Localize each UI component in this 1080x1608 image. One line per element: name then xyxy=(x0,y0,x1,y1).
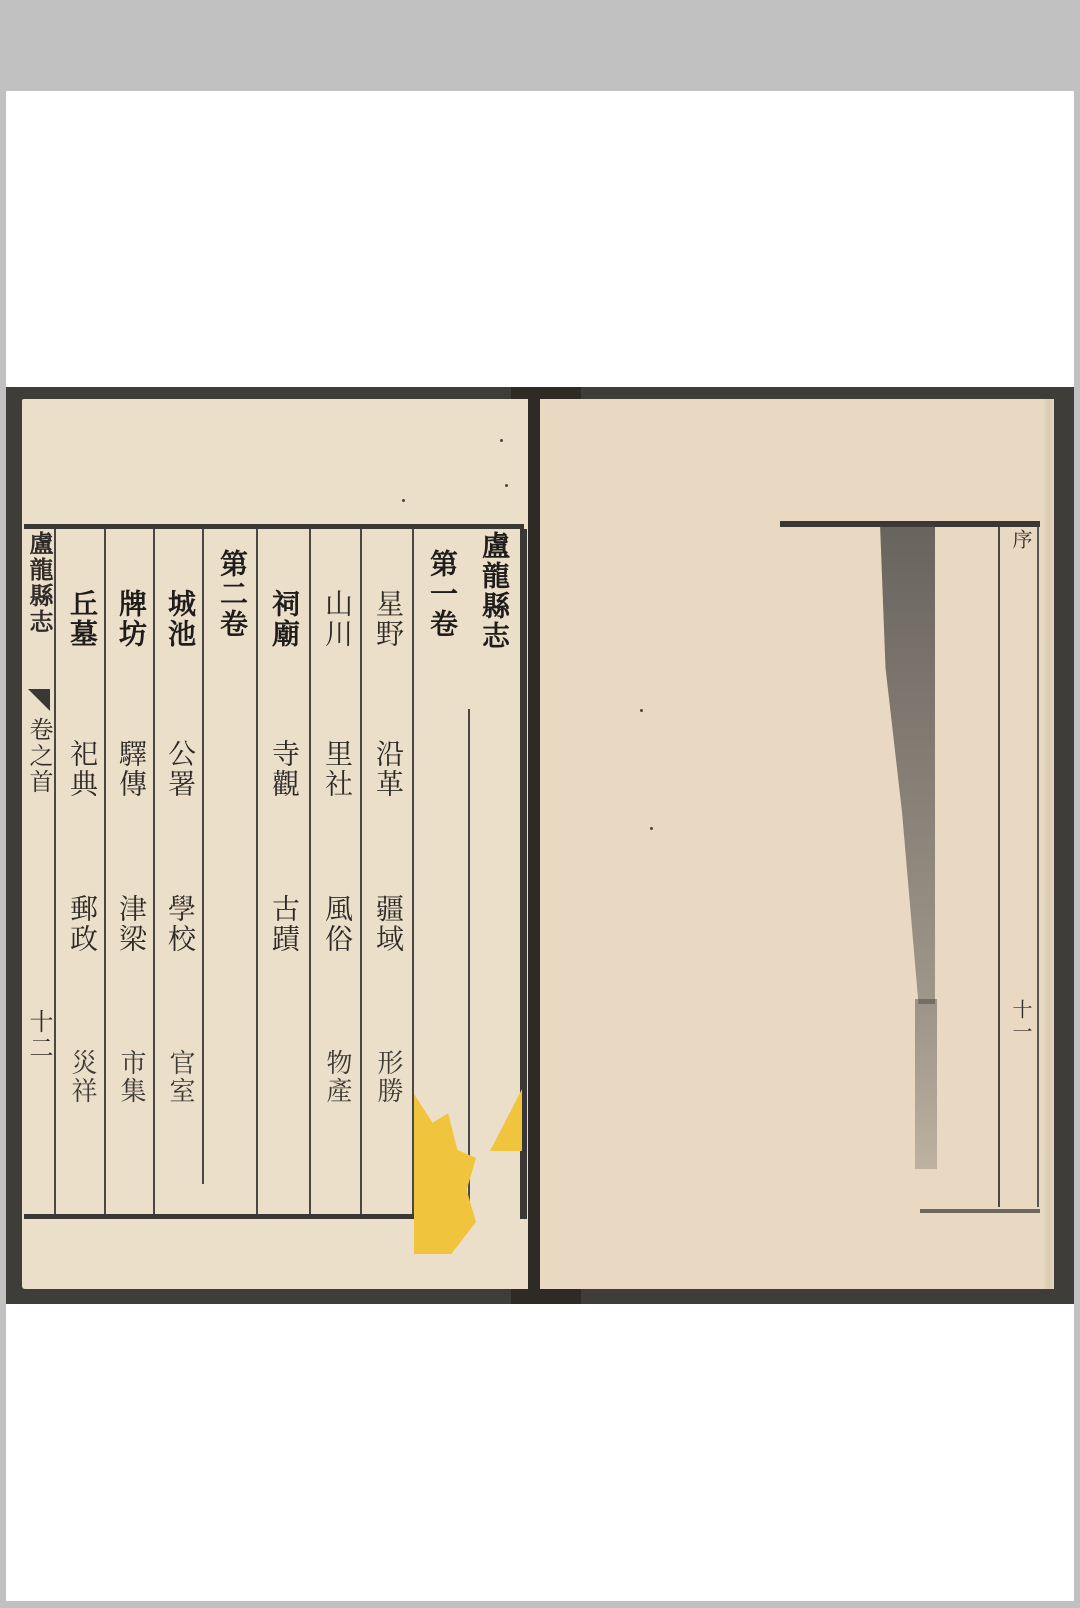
toc-item: 祠廟 xyxy=(264,589,304,669)
yellow-stain xyxy=(414,1094,476,1254)
toc-item: 星野 xyxy=(368,589,408,669)
column-rule xyxy=(360,529,362,1214)
toc-item: 古蹟 xyxy=(264,894,304,974)
right-page: 序 十一 xyxy=(540,399,1054,1289)
column-rule xyxy=(412,529,414,1214)
yellow-stain xyxy=(490,1089,522,1151)
margin-page-number: 十一 xyxy=(1006,999,1036,1043)
volume-heading-2: 第二卷 xyxy=(212,549,252,639)
toc-item: 市集 xyxy=(111,1049,151,1129)
toc-item: 疆域 xyxy=(368,894,408,974)
column-rule xyxy=(104,529,106,1214)
page-edge xyxy=(1044,399,1054,1289)
column-rule xyxy=(309,529,311,1214)
toc-item: 風俗 xyxy=(317,894,357,974)
ink-speck xyxy=(500,439,503,442)
ink-smudge xyxy=(880,524,935,1004)
ink-smudge xyxy=(915,999,937,1169)
ink-speck xyxy=(402,499,405,502)
margin-volume: 卷之首 xyxy=(24,717,54,795)
margin-title: 序 xyxy=(1006,529,1036,551)
frame-top-line xyxy=(24,524,524,529)
column-rule xyxy=(256,529,258,1214)
column-rule xyxy=(54,529,56,1214)
column-rule xyxy=(998,527,1000,1207)
margin-title: 盧龍縣志 xyxy=(24,531,54,635)
toc-item: 城池 xyxy=(160,589,200,669)
column-rule xyxy=(468,709,470,1214)
frame-bottom-line xyxy=(24,1214,414,1219)
book-scan-image: 盧龍縣志 卷之首 十二 盧龍縣志 第一卷 星野 沿革 疆域 形勝 山川 里社 風… xyxy=(6,387,1074,1304)
header-title: 盧龍縣志 xyxy=(474,531,514,651)
toc-item: 形勝 xyxy=(368,1049,408,1129)
toc-item: 寺觀 xyxy=(264,739,304,819)
column-rule xyxy=(202,529,204,1184)
toc-item: 郵政 xyxy=(62,894,102,974)
fishtail-mark-icon xyxy=(28,689,50,711)
margin-page-number: 十二 xyxy=(24,1009,54,1061)
frame-bottom-line xyxy=(920,1209,1040,1213)
column-rule xyxy=(153,529,155,1214)
left-page: 盧龍縣志 卷之首 十二 盧龍縣志 第一卷 星野 沿革 疆域 形勝 山川 里社 風… xyxy=(22,399,528,1289)
toc-item: 牌坊 xyxy=(111,589,151,669)
toc-item: 驛傳 xyxy=(111,739,151,819)
toc-item: 津梁 xyxy=(111,894,151,974)
toc-item: 丘墓 xyxy=(62,589,102,669)
toc-item: 山川 xyxy=(317,589,357,669)
ink-speck xyxy=(650,827,653,830)
toc-item: 物產 xyxy=(317,1049,357,1129)
toc-item: 官室 xyxy=(160,1049,200,1129)
toc-item: 里社 xyxy=(317,739,357,819)
toc-item: 災祥 xyxy=(62,1049,102,1129)
volume-heading-1: 第一卷 xyxy=(422,549,462,639)
toc-item: 沿革 xyxy=(368,739,408,819)
ink-speck xyxy=(640,709,643,712)
toc-item: 學校 xyxy=(160,894,200,974)
toc-item: 公署 xyxy=(160,739,200,819)
toc-item: 祀典 xyxy=(62,739,102,819)
ink-speck xyxy=(505,484,508,487)
frame-right-line xyxy=(1037,527,1039,1207)
